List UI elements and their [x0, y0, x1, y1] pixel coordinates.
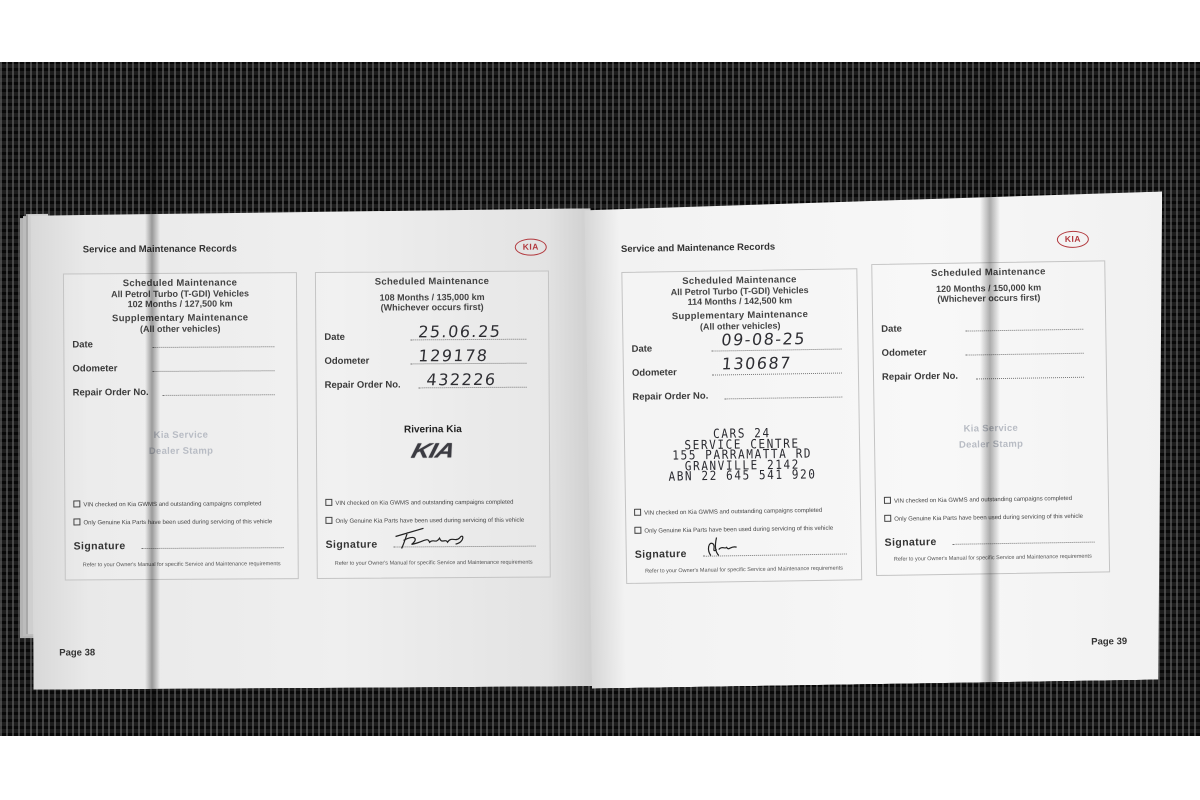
- repair-order-field[interactable]: Repair Order No.: [73, 383, 287, 398]
- service-record-card-108-months: Scheduled Maintenance 108 Months / 135,0…: [315, 271, 551, 579]
- dealer-stamp-area: Kia Service Dealer Stamp: [875, 419, 1107, 455]
- repair-order-field[interactable]: Repair Order No.: [882, 366, 1096, 383]
- handwritten-signature-icon: [393, 526, 503, 551]
- genuine-parts-check-item[interactable]: Only Genuine Kia Parts have been used du…: [325, 516, 543, 525]
- signature-label: Signature: [74, 540, 126, 552]
- card-subtitle-note: (All other vehicles): [64, 323, 296, 334]
- date-field[interactable]: Date: [881, 318, 1095, 335]
- page-38: Service and Maintenance Records KIA Sche…: [31, 208, 594, 689]
- page-number: Page 38: [59, 647, 95, 658]
- dealer-stamp-area: Kia Service Dealer Stamp: [65, 427, 297, 460]
- odometer-field[interactable]: Odometer: [72, 359, 286, 374]
- repair-order-label: Repair Order No.: [73, 387, 149, 398]
- dealer-stamp: Riverina Kia KIA: [317, 424, 549, 467]
- dealer-name: Riverina Kia: [317, 424, 549, 436]
- date-label: Date: [631, 344, 652, 355]
- signature-field[interactable]: Signature: [74, 535, 288, 552]
- signature-label: Signature: [635, 548, 687, 561]
- checkbox-icon[interactable]: [73, 500, 80, 507]
- checkbox-icon[interactable]: [325, 499, 332, 506]
- kia-logo-icon: KIA: [515, 239, 547, 256]
- date-value-handwritten: 09-08-25: [721, 329, 807, 349]
- page-header: Service and Maintenance Records: [621, 242, 775, 255]
- service-booklet: Service and Maintenance Records KIA Sche…: [0, 62, 1200, 736]
- date-label: Date: [72, 339, 93, 350]
- genuine-parts-check-item[interactable]: Only Genuine Kia Parts have been used du…: [884, 511, 1102, 522]
- odometer-field[interactable]: Odometer 129178: [324, 352, 538, 367]
- page-header: Service and Maintenance Records: [83, 243, 237, 255]
- date-field[interactable]: Date 09-08-25: [631, 337, 847, 354]
- repair-order-label: Repair Order No.: [882, 371, 958, 383]
- vin-check-item[interactable]: VIN checked on Kia GWMS and outstanding …: [73, 499, 291, 508]
- odometer-field[interactable]: Odometer 130687: [632, 361, 848, 378]
- odometer-value-handwritten: 130687: [721, 353, 793, 373]
- odometer-label: Odometer: [882, 347, 927, 359]
- checkbox-icon[interactable]: [884, 515, 891, 522]
- checkbox-icon[interactable]: [325, 517, 332, 524]
- repair-order-field[interactable]: Repair Order No.: [632, 385, 848, 402]
- page-number: Page 39: [1091, 636, 1127, 648]
- stamp-line: ABN 22 645 541 920: [625, 468, 859, 484]
- odometer-label: Odometer: [72, 363, 117, 374]
- photo-background-fabric: Service and Maintenance Records KIA Sche…: [0, 62, 1200, 736]
- service-record-card-120-months: Scheduled Maintenance 120 Months / 150,0…: [871, 260, 1110, 576]
- card-footer-note: Refer to your Owner's Manual for specifi…: [318, 560, 550, 567]
- odometer-value-handwritten: 129178: [417, 346, 489, 365]
- card-line: (Whichever occurs first): [316, 302, 548, 313]
- stamp-placeholder: Dealer Stamp: [875, 435, 1107, 455]
- checkbox-icon[interactable]: [634, 509, 641, 516]
- stamp-placeholder: Dealer Stamp: [65, 443, 297, 460]
- repair-order-value-handwritten: 432226: [426, 370, 498, 389]
- dealer-stamp: CARS 24 SERVICE CENTRE 155 PARRAMATTA RD…: [625, 427, 860, 483]
- repair-order-label: Repair Order No.: [632, 391, 708, 403]
- date-label: Date: [324, 332, 345, 343]
- signature-field[interactable]: Signature: [635, 541, 851, 560]
- checkbox-icon[interactable]: [884, 497, 891, 504]
- page-39: Service and Maintenance Records KIA Sche…: [584, 191, 1170, 688]
- card-footer-note: Refer to your Owner's Manual for specifi…: [627, 565, 861, 575]
- card-footer-note: Refer to your Owner's Manual for specifi…: [66, 561, 298, 568]
- signature-label: Signature: [885, 536, 937, 549]
- signature-field[interactable]: Signature: [326, 534, 540, 551]
- genuine-parts-check-item[interactable]: Only Genuine Kia Parts have been used du…: [73, 517, 291, 526]
- odometer-label: Odometer: [632, 367, 677, 379]
- service-record-card-102-months: Scheduled Maintenance All Petrol Turbo (…: [63, 272, 299, 580]
- date-label: Date: [881, 324, 902, 335]
- kia-brand-mark-icon: KIA: [409, 438, 457, 463]
- kia-logo-icon: KIA: [1057, 231, 1089, 249]
- genuine-parts-check-item[interactable]: Only Genuine Kia Parts have been used du…: [634, 523, 854, 534]
- stamp-placeholder: Kia Service: [65, 427, 297, 444]
- odometer-label: Odometer: [324, 356, 369, 367]
- handwritten-signature-icon: [702, 535, 742, 560]
- date-value-handwritten: 25.06.25: [417, 322, 502, 342]
- odometer-field[interactable]: Odometer: [882, 342, 1096, 359]
- repair-order-label: Repair Order No.: [325, 379, 401, 390]
- vin-check-item[interactable]: VIN checked on Kia GWMS and outstanding …: [884, 493, 1102, 504]
- checkbox-icon[interactable]: [634, 527, 641, 534]
- card-footer-note: Refer to your Owner's Manual for specifi…: [877, 553, 1109, 563]
- checkbox-icon[interactable]: [73, 518, 80, 525]
- signature-field[interactable]: Signature: [884, 530, 1098, 549]
- date-field[interactable]: Date 25.06.25: [324, 328, 538, 343]
- repair-order-field[interactable]: Repair Order No. 432226: [325, 376, 539, 391]
- vin-check-item[interactable]: VIN checked on Kia GWMS and outstanding …: [634, 505, 854, 516]
- signature-label: Signature: [326, 539, 378, 551]
- service-record-card-114-months: Scheduled Maintenance All Petrol Turbo (…: [621, 268, 862, 584]
- vin-check-item[interactable]: VIN checked on Kia GWMS and outstanding …: [325, 498, 543, 507]
- date-field[interactable]: Date: [72, 335, 286, 350]
